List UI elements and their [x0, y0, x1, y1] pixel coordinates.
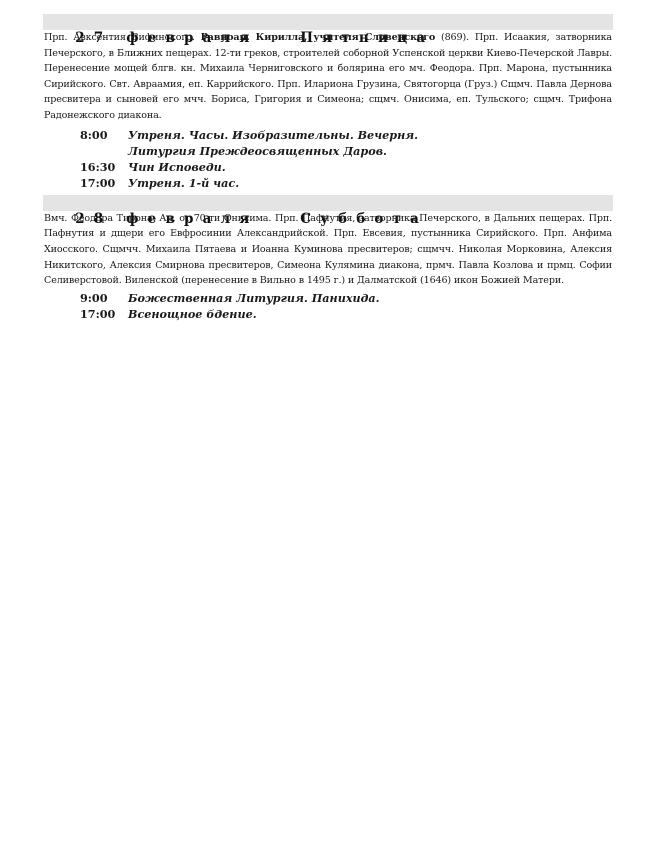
service-name: Чин Исповеди.	[128, 159, 488, 175]
service-item: 17:00 Утреня. 1-й час.	[43, 175, 613, 191]
saints-commemoration: Прп. Авксентия Вифинского. Равноап. Кири…	[43, 30, 613, 124]
service-item: 9:00 Божественная Литургия. Панихида.	[43, 290, 613, 306]
saints-text: Прп. Авксентия Вифинского.	[44, 32, 201, 43]
service-item: 8:00 Утреня. Часы. Изобразительны. Вечер…	[43, 127, 613, 160]
service-list: 9:00 Божественная Литургия. Панихида. 17…	[43, 290, 613, 323]
service-name: Утреня. Часы. Изобразительны. Вечерня. Л…	[128, 127, 488, 160]
day-header: 28 февраляСуббота	[43, 195, 613, 211]
service-time: 8:00	[80, 127, 128, 160]
service-list: 8:00 Утреня. Часы. Изобразительны. Вечер…	[43, 127, 613, 192]
saints-feast-bold: Равноап. Кирилла, учителя Словенского	[201, 32, 436, 43]
day-section: 27 февраляПятница Прп. Авксентия Вифинск…	[43, 14, 613, 192]
saints-commemoration: Вмч. Феодора Тирона. Ап. от 70-ти Онисим…	[43, 211, 613, 289]
service-item: 17:00 Всенощное бдение.	[43, 306, 613, 322]
service-time: 17:00	[80, 306, 128, 322]
schedule-page: 27 февраляПятница Прп. Авксентия Вифинск…	[43, 14, 613, 322]
service-item: 16:30 Чин Исповеди.	[43, 159, 613, 175]
day-section: 28 февраляСуббота Вмч. Феодора Тирона. А…	[43, 195, 613, 323]
saints-text: (869). Прп. Исаакия, затворника Печерско…	[44, 32, 612, 121]
day-header: 27 февраляПятница	[43, 14, 613, 30]
service-name: Божественная Литургия. Панихида.	[128, 290, 488, 306]
service-name: Утреня. 1-й час.	[128, 175, 488, 191]
service-time: 9:00	[80, 290, 128, 306]
service-name: Всенощное бдение.	[128, 306, 488, 322]
service-time: 16:30	[80, 159, 128, 175]
service-time: 17:00	[80, 175, 128, 191]
saints-text: Вмч. Феодора Тирона. Ап. от 70-ти Онисим…	[44, 213, 612, 286]
